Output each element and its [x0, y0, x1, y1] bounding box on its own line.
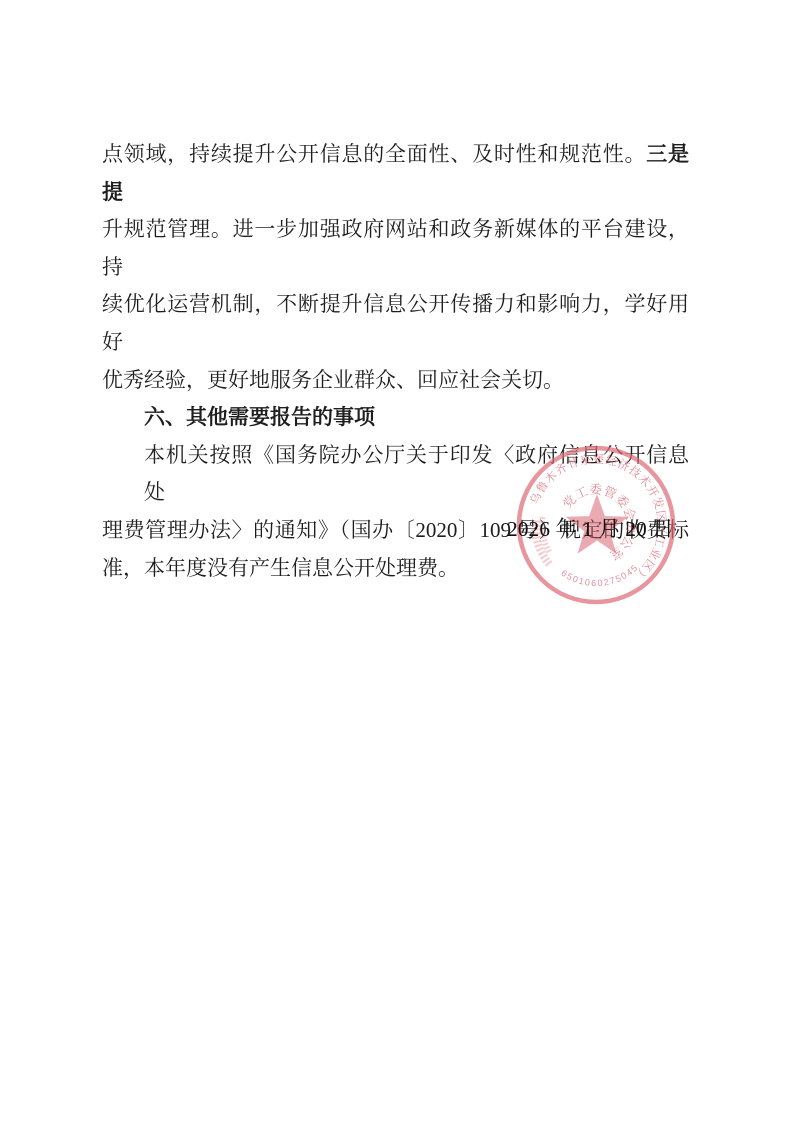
text-line: 优秀经验，更好地服务企业群众、回应社会关切。 — [102, 362, 689, 400]
seal-serial-container: 6501060275045 — [559, 562, 640, 588]
text-line: 续优化运营机制，不断提升信息公开传播力和影响力，学好用好 — [102, 286, 689, 361]
document-page: 点领域，持续提升公开信息的全面性、及时性和规范性。三是提升规范管理。进一步加强政… — [0, 0, 793, 1121]
seal-serial-number: 6501060275045 — [559, 562, 640, 588]
text-segment: 续优化运营机制，不断提升信息公开传播力和影响力，学好用好 — [102, 292, 689, 354]
text-segment: 升规范管理。进一步加强政府网站和政务新媒体的平台建设，持 — [102, 217, 689, 279]
text-segment: 准，本年度没有产生信息公开处理费。 — [102, 556, 459, 580]
text-segment: 优秀经验，更好地服务企业群众、回应社会关切。 — [102, 368, 564, 392]
date-line: 2026 年 1 月 20 日 — [507, 512, 677, 543]
text-segment: 点领域，持续提升公开信息的全面性、及时性和规范性。 — [102, 142, 646, 166]
text-line: 升规范管理。进一步加强政府网站和政务新媒体的平台建设，持 — [102, 211, 689, 286]
bold-text-segment: 六、其他需要报告的事项 — [144, 406, 375, 429]
text-line: 点领域，持续提升公开信息的全面性、及时性和规范性。三是提 — [102, 136, 689, 211]
section-heading: 六、其他需要报告的事项 — [102, 399, 689, 437]
